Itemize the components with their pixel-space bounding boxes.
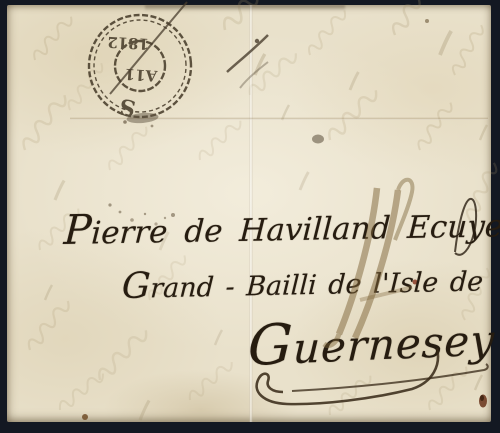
ecuyer-swash xyxy=(455,199,476,255)
rate-marking xyxy=(324,180,412,346)
flourish-layer xyxy=(0,0,500,433)
letter-photo: 1812 A11 S Pi xyxy=(0,0,500,433)
guernesey-flourish xyxy=(257,348,488,404)
